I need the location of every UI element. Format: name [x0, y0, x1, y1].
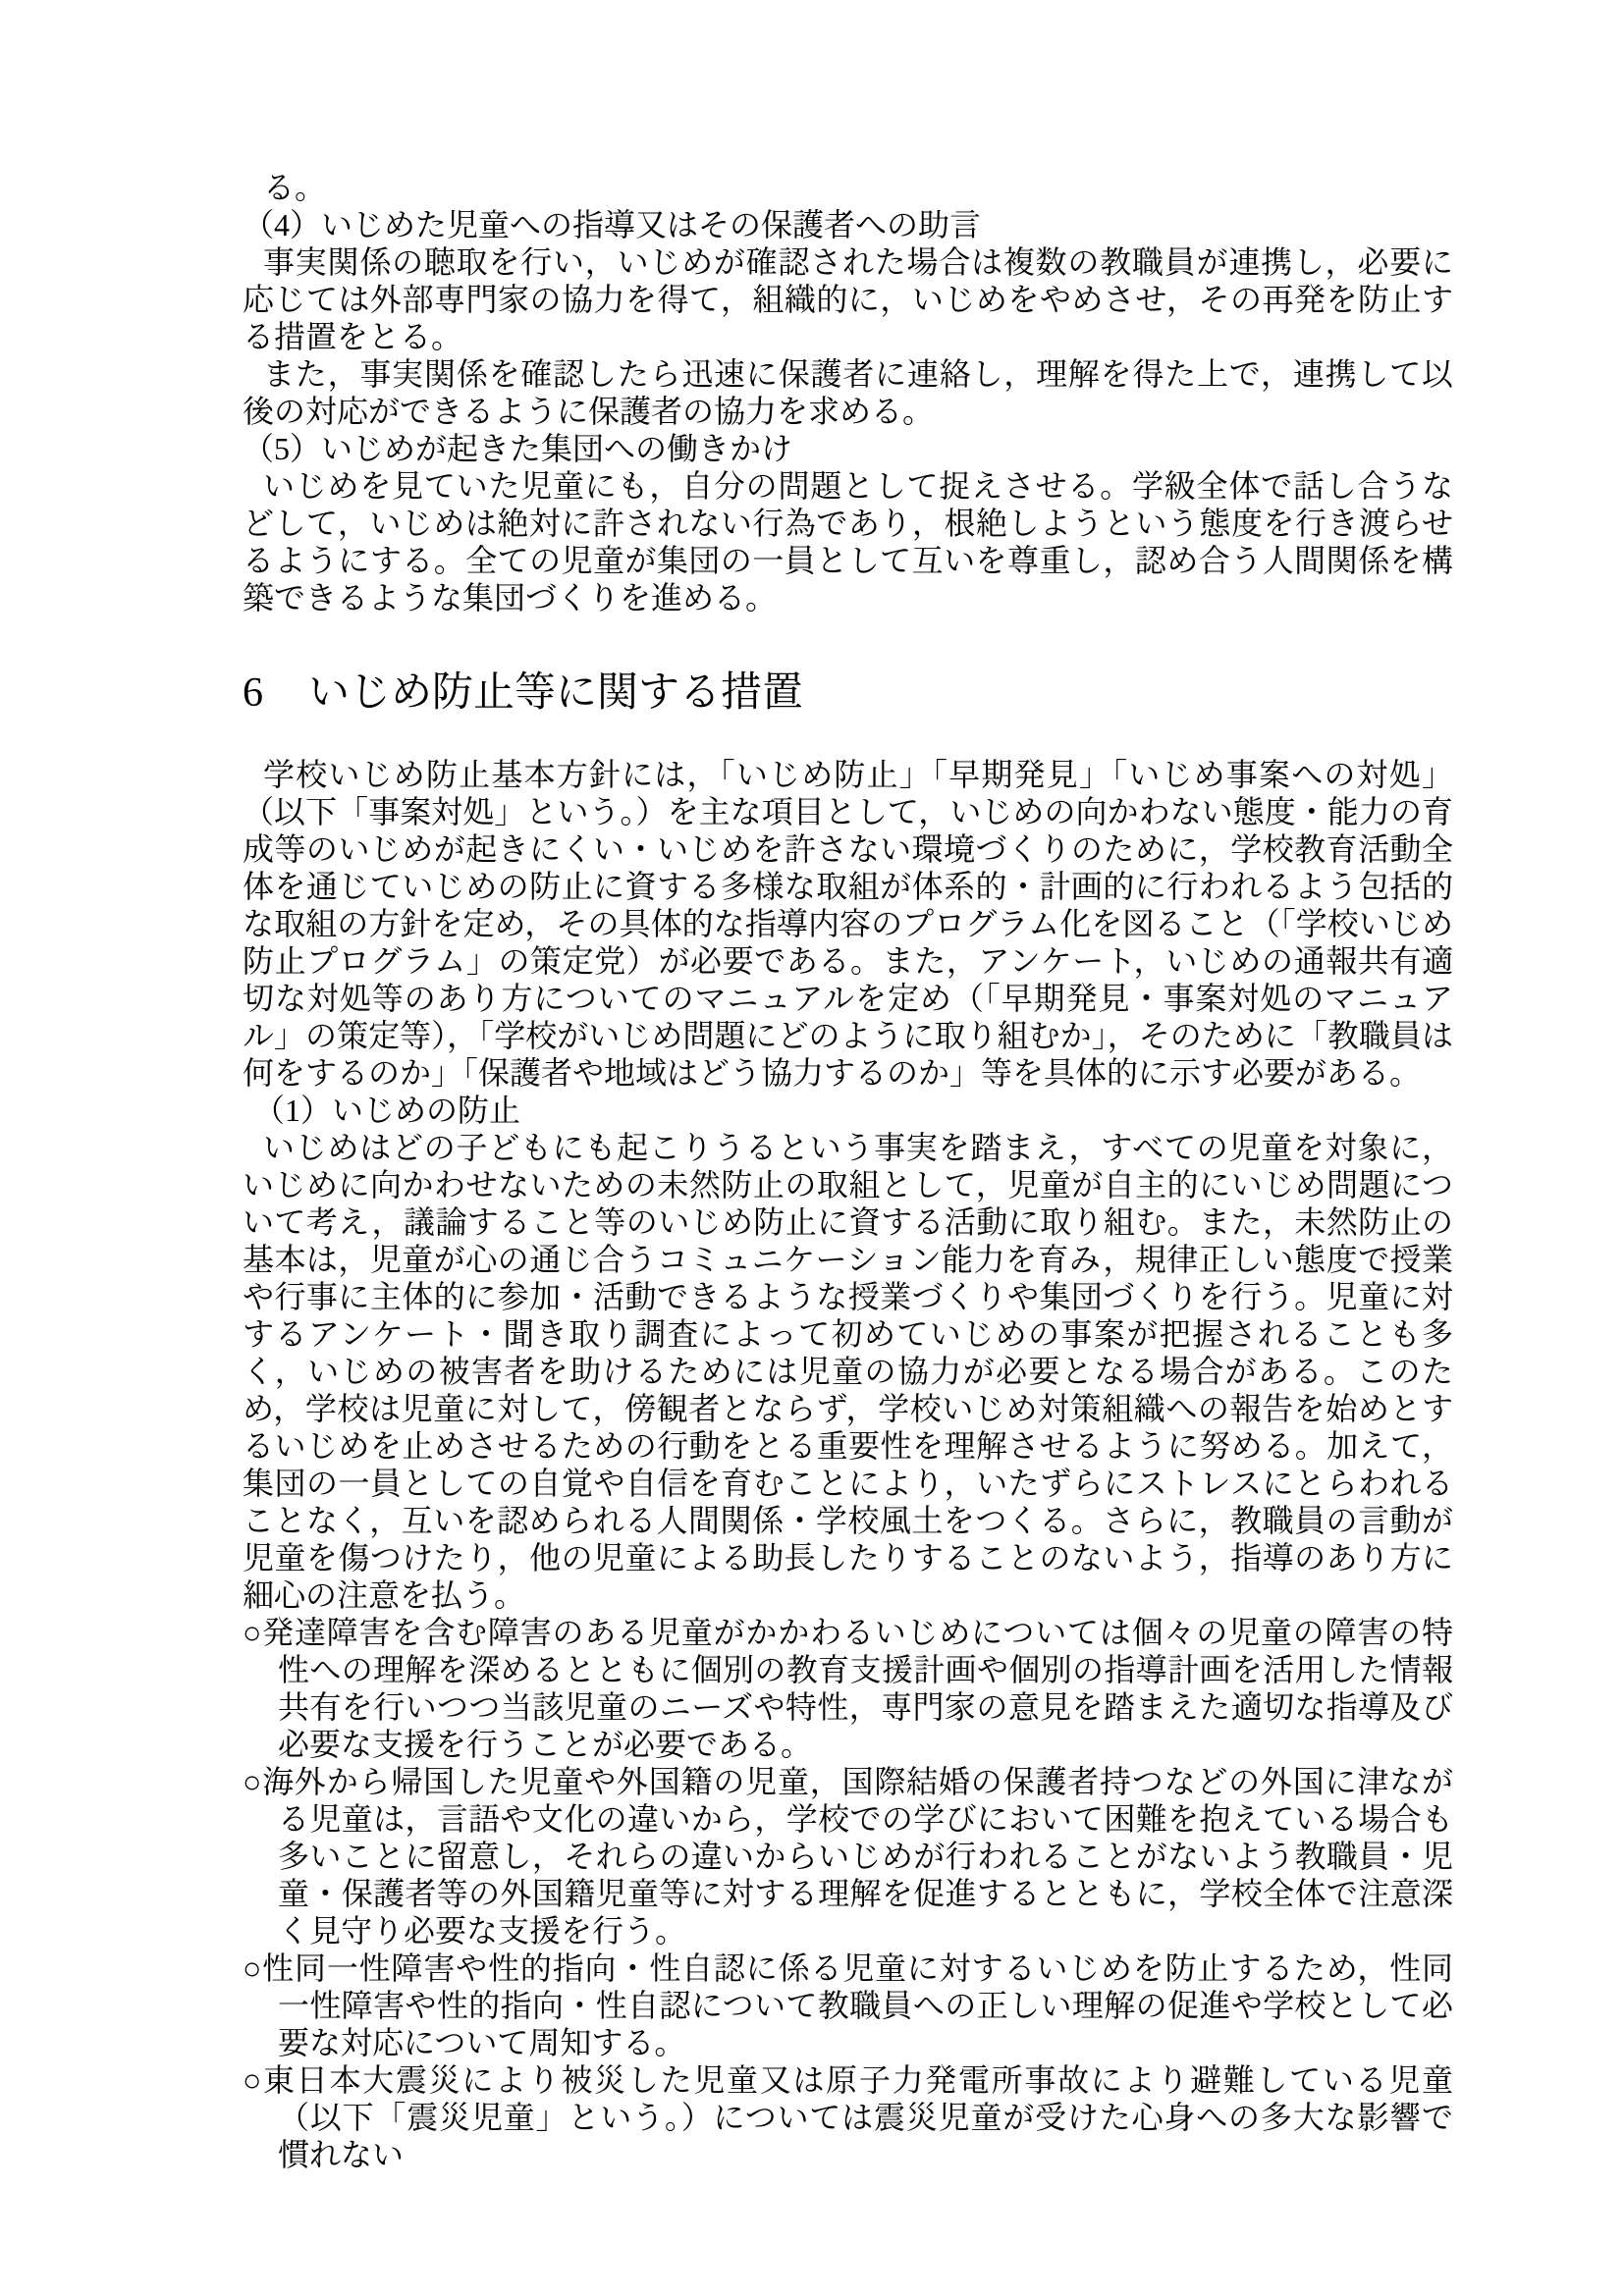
bullet-gender-identity: ○性同一性障害や性的指向・性自認に係る児童に対するいじめを防止するため，性同一性… — [243, 1949, 1453, 2061]
item4-heading: （4）いじめた児童への指導又はその保護者への助言 — [243, 206, 1453, 243]
item1-heading: （1）いじめの防止 — [243, 1092, 1453, 1129]
item5-paragraph: いじめを見ていた児童にも，自分の問題として捉えさせる。学級全体で話し合うなどして… — [243, 467, 1453, 616]
item4-paragraph-2: また，事実関係を確認したら迅速に保護者に連絡し，理解を得た上で，連携して以後の対… — [243, 355, 1453, 430]
bullet-developmental-disabilities: ○発達障害を含む障害のある児童がかかわるいじめについては個々の児童の障害の特性へ… — [243, 1614, 1453, 1763]
document-page: る。 （4）いじめた児童への指導又はその保護者への助言 事実関係の聴取を行い，い… — [0, 0, 1624, 2296]
bullet-disaster-children: ○東日本大震災により被災した児童又は原子力発電所事故により避難している児童（以下… — [243, 2061, 1453, 2173]
section6-lead-paragraph: 学校いじめ防止基本方針には，「いじめ防止」「早期発見」「いじめ事案への対処」（以… — [243, 756, 1453, 1092]
document-body: る。 （4）いじめた児童への指導又はその保護者への助言 事実関係の聴取を行い，い… — [243, 169, 1453, 2173]
section6-heading: 6いじめ防止等に関する措置 — [243, 667, 1453, 719]
bullet-foreign-connected-children: ○海外から帰国した児童や外国籍の児童，国際結婚の保護者持つなどの外国に津ながる児… — [243, 1763, 1453, 1949]
section6-number: 6 — [243, 667, 263, 719]
intro-continuation-line: る。 — [243, 169, 1453, 206]
item1-paragraph: いじめはどの子どもにも起こりうるという事実を踏まえ，すべての児童を対象に，いじめ… — [243, 1129, 1453, 1614]
item4-paragraph-1: 事実関係の聴取を行い，いじめが確認された場合は複数の教職員が連携し，必要に応じて… — [243, 243, 1453, 355]
item5-heading: （5）いじめが起きた集団への働きかけ — [243, 430, 1453, 467]
section6-title: いじめ防止等に関する措置 — [308, 670, 803, 716]
